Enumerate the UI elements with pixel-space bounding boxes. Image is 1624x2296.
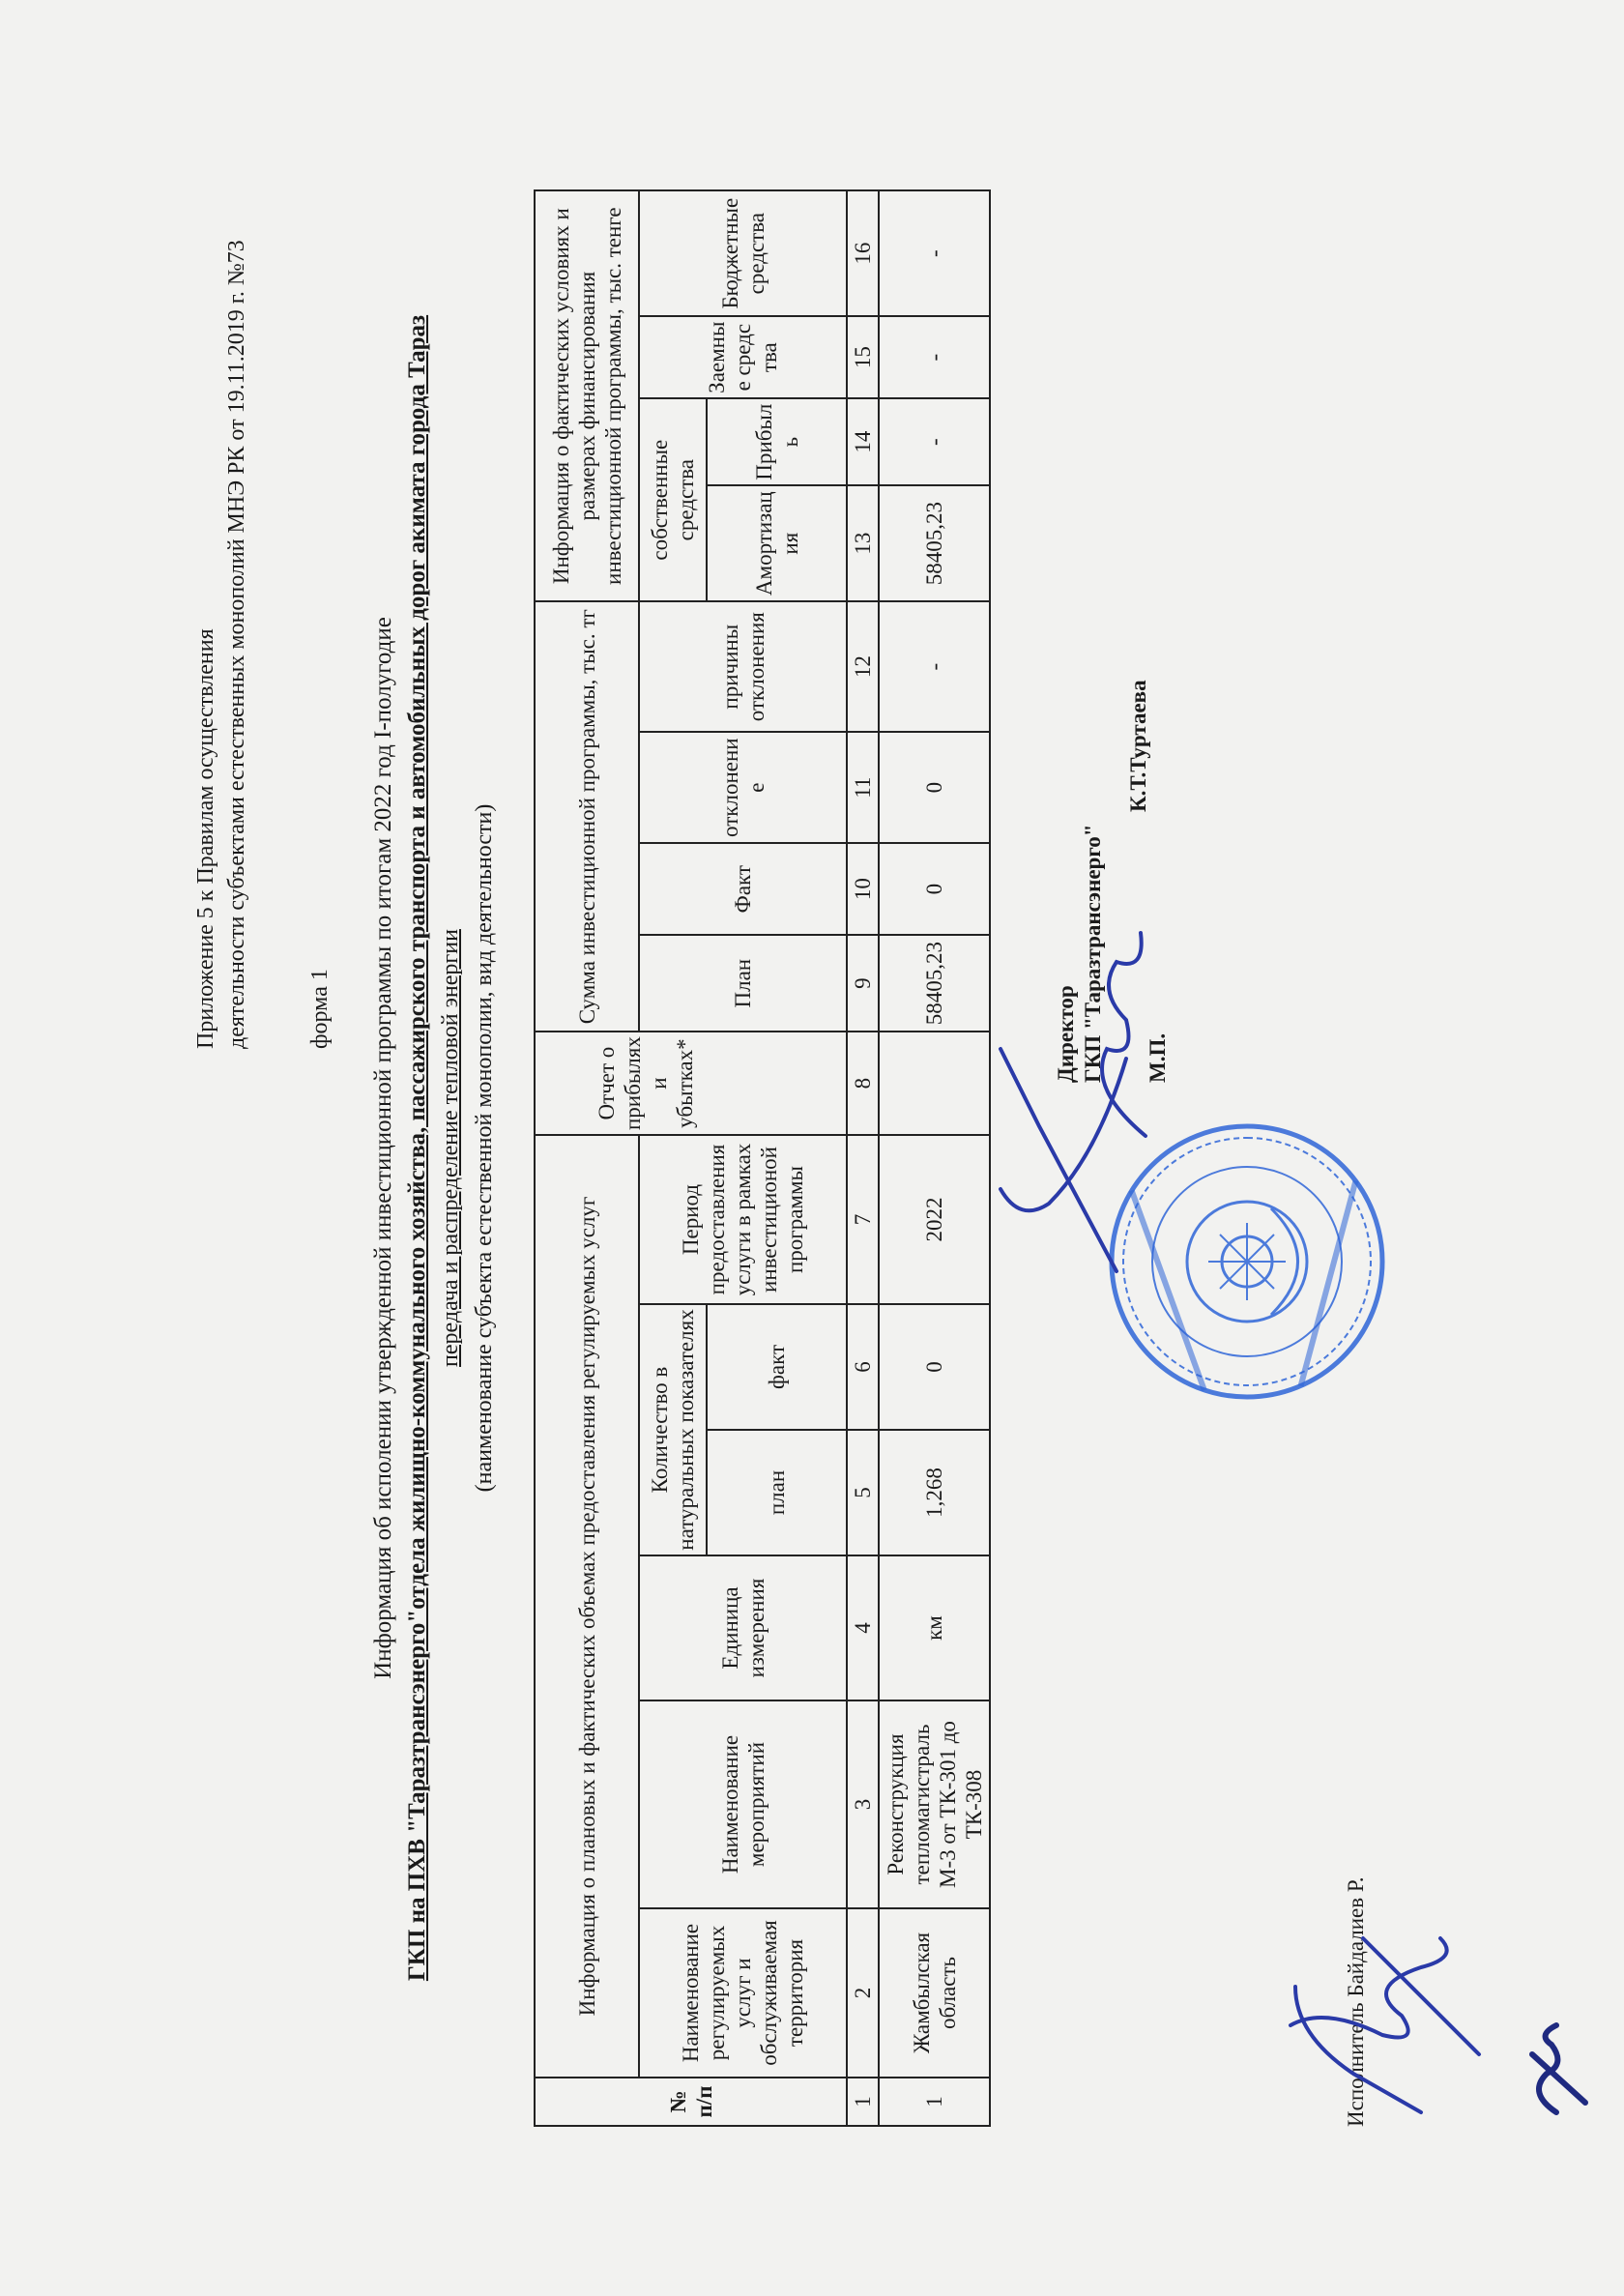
col-num-8: 8 — [847, 1032, 879, 1135]
header-period: Период предоставления услуги в рамках ин… — [639, 1135, 847, 1304]
col-num-5: 5 — [847, 1430, 879, 1555]
title-caption: (наименование субъекта естественной моно… — [472, 0, 498, 2296]
col-num-13: 13 — [847, 485, 879, 601]
col-num-4: 4 — [847, 1555, 879, 1700]
header-budget-funds: Бюджетные средства — [639, 190, 847, 316]
header-financing-info: Информация о фактических условиях и разм… — [535, 190, 639, 601]
col-num-11: 11 — [847, 732, 879, 843]
header-sum-fact: Факт — [639, 843, 847, 935]
group-header-row: № п/п Информация о плановых и фактически… — [535, 190, 639, 2126]
cell-deviation: 0 — [879, 732, 990, 843]
column-number-row: 1 2 3 4 5 6 7 8 9 10 11 12 13 14 15 16 — [847, 190, 879, 2126]
cell-deviation-causes: - — [879, 601, 990, 732]
cell-pl-report — [879, 1032, 990, 1135]
header-planned-info: Информация о плановых и фактических объе… — [535, 1135, 639, 2078]
col-num-15: 15 — [847, 316, 879, 398]
col-num-14: 14 — [847, 398, 879, 485]
col-num-2: 2 — [847, 1908, 879, 2078]
col-num-16: 16 — [847, 190, 879, 316]
cell-sum-plan: 58405,23 — [879, 935, 990, 1032]
col-num-3: 3 — [847, 1700, 879, 1908]
cell-territory: Жамбылская область — [879, 1908, 990, 2078]
header-unit: Единица измерения — [639, 1555, 847, 1700]
header-amortization: Амортизация — [707, 485, 847, 601]
cell-period: 2022 — [879, 1135, 990, 1304]
director-name: К.Т.Туртаева — [1126, 680, 1151, 812]
header-deviation-causes: причины отклонения — [639, 601, 847, 732]
header-profit: Прибыль — [707, 398, 847, 485]
header-sum-program: Сумма инвестиционной программы, тыс. тг — [535, 601, 639, 1032]
cell-sum-fact: 0 — [879, 843, 990, 935]
investment-program-table: № п/п Информация о плановых и фактически… — [534, 189, 991, 2127]
col-num-10: 10 — [847, 843, 879, 935]
header-qty-plan: план — [707, 1430, 847, 1555]
table-row: 1 Жамбылская область Реконструкция тепло… — [879, 190, 990, 2126]
col-num-6: 6 — [847, 1304, 879, 1430]
document-page: Приложение 5 к Правилам осуществления де… — [0, 0, 1624, 2296]
col-num-7: 7 — [847, 1135, 879, 1304]
executor-signature-icon — [1266, 1813, 1595, 2132]
header-num: № п/п — [535, 2078, 847, 2126]
header-deviation: отклонение — [639, 732, 847, 843]
cell-amortization: 58405,23 — [879, 485, 990, 601]
cell-qty-fact: 0 — [879, 1304, 990, 1430]
header-loan-funds: Заемные средства — [639, 316, 847, 398]
cell-activity: Реконструкция тепломагистраль М-3 от ТК-… — [879, 1700, 990, 1908]
form-label: форма 1 — [307, 969, 333, 1049]
header-activities: Наименование мероприятий — [639, 1700, 847, 1908]
header-pl-report: Отчет о прибылях и убытках* — [535, 1032, 847, 1135]
appendix-line-2: деятельности субъектами естественных мон… — [224, 240, 250, 1049]
header-own-funds: собственные средства — [639, 398, 707, 601]
cell-budget: - — [879, 190, 990, 316]
organization-name: ГКП на ПХВ "Таразтрансэнерго"отдела жили… — [404, 0, 431, 2296]
header-quantity-natural: Количество в натуральных показателях — [639, 1304, 707, 1555]
header-qty-fact: факт — [707, 1304, 847, 1430]
header-services-territory: Наименование регулируемых услуг и обслуж… — [639, 1908, 847, 2078]
cell-qty-plan: 1,268 — [879, 1430, 990, 1555]
cell-unit: км — [879, 1555, 990, 1700]
sub-header-row-1: Наименование регулируемых услуг и обслуж… — [639, 190, 707, 2126]
report-title: Информация об исполении утвержденной инв… — [370, 0, 397, 2296]
cell-num: 1 — [879, 2078, 990, 2126]
col-num-1: 1 — [847, 2078, 879, 2126]
cell-profit: - — [879, 398, 990, 485]
header-sum-plan: План — [639, 935, 847, 1032]
activity-type: передача и распределение тепловой энерги… — [438, 0, 464, 2296]
cell-loan: - — [879, 316, 990, 398]
director-signature-icon — [981, 894, 1184, 1281]
col-num-12: 12 — [847, 601, 879, 732]
appendix-line-1: Приложение 5 к Правилам осуществления — [193, 628, 219, 1049]
col-num-9: 9 — [847, 935, 879, 1032]
